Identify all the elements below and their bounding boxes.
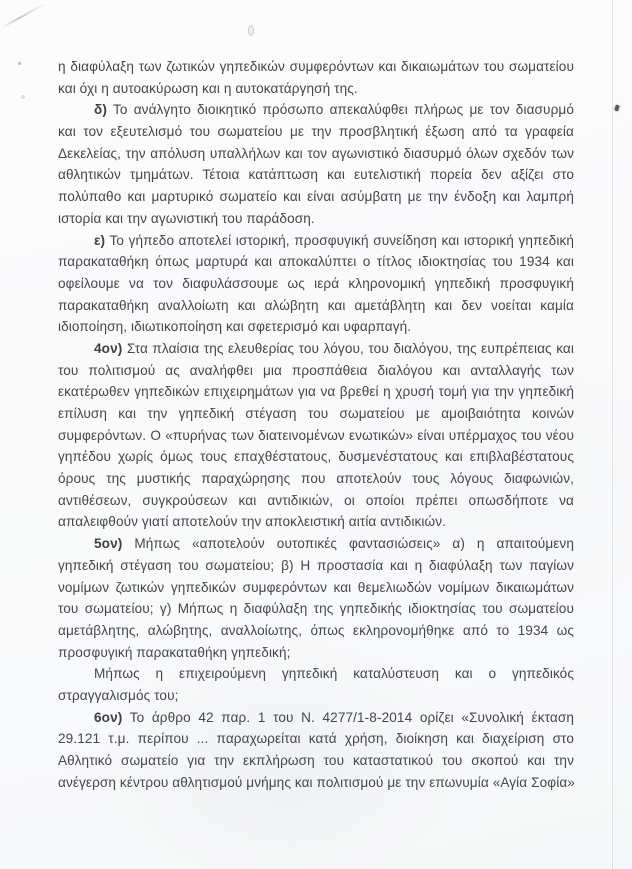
paragraph-marker: 5ον) xyxy=(94,536,122,551)
text-line: ιδιοποίηση, ιδιωτικοποίηση και σφετερισμ… xyxy=(58,316,574,338)
text-line: πολύπαθο και μαρτυρικό σωματείο και είνα… xyxy=(58,186,574,208)
text-line: Μήπως η επιχειρούμενη γηπεδική καταλύστε… xyxy=(58,663,574,685)
text-line: ε) Το γήπεδο αποτελεί ιστορική, προσφυγι… xyxy=(58,230,574,252)
text-line: 29.121 τ.μ. περίπου ... παραχωρείται κατ… xyxy=(58,728,574,750)
text-line: όρους της μυστικής παραχώρησης που αποτε… xyxy=(58,468,574,490)
text-line: απαλειφθούν γιατί αποτελούν την αποκλεισ… xyxy=(58,511,574,533)
text-line: αμετάβλητης, αλώβητης, αναλλοίωτης, όπως… xyxy=(58,620,574,642)
scan-ink-dot xyxy=(18,62,21,65)
text-line: αντιθέσεων, συγκρούσεων και αντιδικιών, … xyxy=(58,490,574,512)
scan-edge-line xyxy=(612,0,613,869)
text-line: Αθλητικό σωματείο για την εκπλήρωση του … xyxy=(58,750,574,772)
text-line: αθλητικών τμημάτων. Τέτοια κατάπτωση και… xyxy=(58,164,574,186)
paragraph-marker: 6ον) xyxy=(94,710,122,725)
document-body: η διαφύλαξη των ζωτικών γηπεδικών συμφερ… xyxy=(58,56,574,793)
text-line: δ) Το ανάλγητο διοικητικό πρόσωπο απεκαλ… xyxy=(58,99,574,121)
paragraph-marker: ε) xyxy=(94,233,105,248)
scan-ink-dot xyxy=(21,95,25,99)
text-line: εκατέρωθεν γηπεδικών επιχειρημάτων για ν… xyxy=(58,381,574,403)
text-line: 5ον) Μήπως «αποτελούν ουτοπικές φαντασιώ… xyxy=(58,533,574,555)
paragraph: 4ον) Στα πλαίσια της ελευθερίας του λόγο… xyxy=(58,338,574,533)
scan-smudge xyxy=(248,25,254,36)
text-line: και τον εξευτελισμό του σωματείου με την… xyxy=(58,121,574,143)
paragraph: ε) Το γήπεδο αποτελεί ιστορική, προσφυγι… xyxy=(58,230,574,338)
text-line: 4ον) Στα πλαίσια της ελευθερίας του λόγο… xyxy=(58,338,574,360)
text-line: γηπεδική στέγαση του σωματείου; β) Η προ… xyxy=(58,555,574,577)
text-line: στραγγαλισμός του; xyxy=(58,685,574,707)
text-line: του σωματείου; γ) Μήπως η διαφύλαξη της … xyxy=(58,598,574,620)
text-line: προσφυγική παρακαταθήκη γηπεδική; xyxy=(58,642,574,664)
text-line: νομίμων ζωτικών γηπεδικών συμφερόντων κα… xyxy=(58,577,574,599)
scanned-page: η διαφύλαξη των ζωτικών γηπεδικών συμφερ… xyxy=(0,0,632,869)
text-line: παρακαταθήκη αναλλοίωτη και αλώβητη και … xyxy=(58,295,574,317)
paragraph-marker: 4ον) xyxy=(94,341,122,356)
text-line: ιστορία και την αγωνιστική του παράδοση. xyxy=(58,208,574,230)
paragraph-marker: δ) xyxy=(94,102,107,117)
text-line: συμφερόντων. Ο «πυρήνας των διατεινομένω… xyxy=(58,425,574,447)
text-line: οφείλουμε να τον διαφυλάσσουμε ως ιερά κ… xyxy=(58,273,574,295)
text-line: 6ον) Το άρθρο 42 παρ. 1 του Ν. 4277/1-8-… xyxy=(58,707,574,729)
paragraph: 6ον) Το άρθρο 42 παρ. 1 του Ν. 4277/1-8-… xyxy=(58,707,574,794)
paragraph: 5ον) Μήπως «αποτελούν ουτοπικές φαντασιώ… xyxy=(58,533,574,663)
text-line: του πολιτισμού ας αναλήφθει μια προσπάθε… xyxy=(58,360,574,382)
text-line: γηπέδου χωρίς όμως τους επαχθέστατους, δ… xyxy=(58,446,574,468)
text-line: επίλυση και την γηπεδική στέγαση του σωμ… xyxy=(58,403,574,425)
text-line: η διαφύλαξη των ζωτικών γηπεδικών συμφερ… xyxy=(58,56,574,78)
paragraph: δ) Το ανάλγητο διοικητικό πρόσωπο απεκαλ… xyxy=(58,99,574,229)
text-line: Δεκελείας, την απόλυση υπαλλήλων και τον… xyxy=(58,143,574,165)
text-line: ανέγερση κέντρου αθλητισμού μνήμης και π… xyxy=(58,772,574,794)
text-line: και όχι η αυτοακύρωση και η αυτοκατάργησ… xyxy=(58,78,574,100)
paragraph: η διαφύλαξη των ζωτικών γηπεδικών συμφερ… xyxy=(58,56,574,99)
text-line: παρακαταθήκη όπως μαρτυρά και αποκαλύπτε… xyxy=(58,251,574,273)
paragraph: Μήπως η επιχειρούμενη γηπεδική καταλύστε… xyxy=(58,663,574,706)
